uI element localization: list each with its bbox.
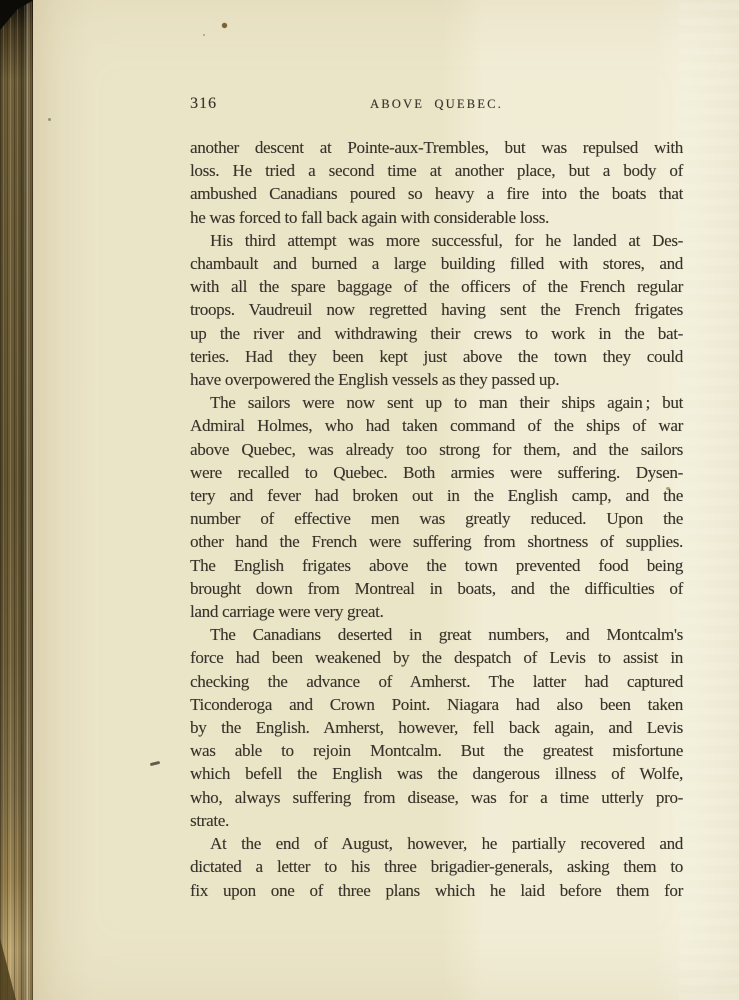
book-page-scan: 316 ABOVE QUEBEC. another descent at Poi… <box>0 0 739 1000</box>
text-line: At the end of August, however, he partia… <box>190 832 683 855</box>
text-line: land carriage were very great. <box>190 600 683 623</box>
text-line: dictated a letter to his three brigadier… <box>190 855 683 878</box>
ink-speck <box>222 23 227 28</box>
page-header: 316 ABOVE QUEBEC. <box>190 95 683 119</box>
binding-shadow-bottom <box>0 928 16 1000</box>
ink-speck <box>203 34 205 36</box>
text-line: chambault and burned a large building fi… <box>190 252 683 275</box>
text-line: Ticonderoga and Crown Point. Niagara had… <box>190 693 683 716</box>
text-line: loss. He tried a second time at another … <box>190 159 683 182</box>
ink-speck <box>666 487 670 490</box>
text-block: 316 ABOVE QUEBEC. another descent at Poi… <box>190 95 683 902</box>
text-line: another descent at Pointe-aux-Trembles, … <box>190 136 683 159</box>
text-line: number of effective men was greatly redu… <box>190 507 683 530</box>
text-line: His third attempt was more successful, f… <box>190 229 683 252</box>
text-line: tery and fever had broken out in the Eng… <box>190 484 683 507</box>
page-body: another descent at Pointe-aux-Trembles, … <box>190 136 683 902</box>
running-head: ABOVE QUEBEC. <box>260 97 613 112</box>
text-line: force had been weakened by the despatch … <box>190 646 683 669</box>
text-line: was able to rejoin Montcalm. But the gre… <box>190 739 683 762</box>
text-line: brought down from Montreal in boats, and… <box>190 577 683 600</box>
text-line: The sailors were now sent up to man thei… <box>190 391 683 414</box>
text-line: fix upon one of three plans which he lai… <box>190 879 683 902</box>
text-line: checking the advance of Amherst. The lat… <box>190 670 683 693</box>
text-line: The Canadians deserted in great numbers,… <box>190 623 683 646</box>
text-line: have overpowered the English vessels as … <box>190 368 683 391</box>
text-line: who, always suffering from disease, was … <box>190 786 683 809</box>
scan-light-band <box>679 0 739 1000</box>
text-line: strate. <box>190 809 683 832</box>
ink-speck <box>48 118 51 121</box>
binding-shadow-top <box>0 0 34 30</box>
paper: 316 ABOVE QUEBEC. another descent at Poi… <box>33 0 739 1000</box>
text-line: The English frigates above the town prev… <box>190 554 683 577</box>
text-line: up the river and withdrawing their crews… <box>190 322 683 345</box>
text-line: above Quebec, was already too strong for… <box>190 438 683 461</box>
text-line: troops. Vaudreuil now regretted having s… <box>190 298 683 321</box>
text-line: which befell the English was the dangero… <box>190 762 683 785</box>
text-line: he was forced to fall back again with co… <box>190 206 683 229</box>
text-line: ambushed Canadians poured so heavy a fir… <box>190 182 683 205</box>
page-number: 316 <box>190 95 260 113</box>
text-line: other hand the French were suffering fro… <box>190 530 683 553</box>
text-line: Admiral Holmes, who had taken command of… <box>190 414 683 437</box>
text-line: teries. Had they been kept just above th… <box>190 345 683 368</box>
book-page-edges <box>0 0 33 1000</box>
text-line: with all the spare baggage of the office… <box>190 275 683 298</box>
text-line: by the English. Amherst, however, fell b… <box>190 716 683 739</box>
text-line: were recalled to Quebec. Both armies wer… <box>190 461 683 484</box>
